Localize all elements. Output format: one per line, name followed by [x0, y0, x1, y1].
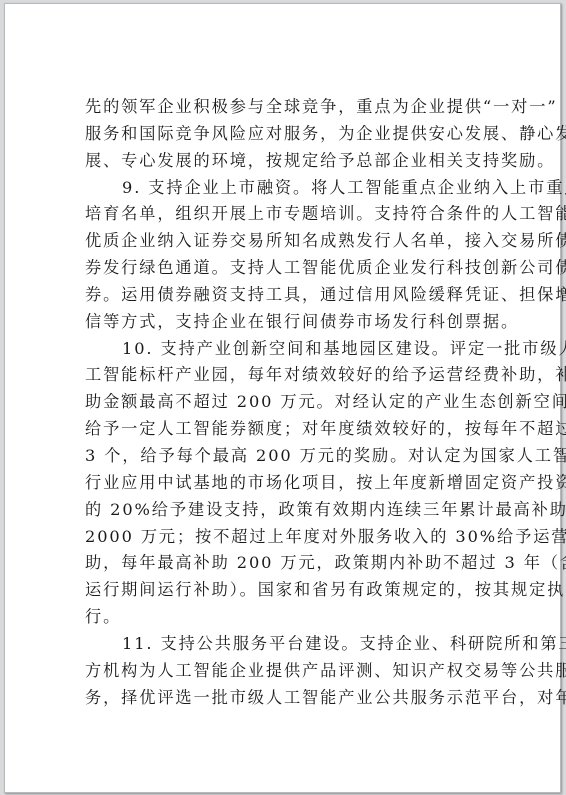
text-line: 给予一定人工智能券额度；对年度绩效较好的，按每年不超过	[85, 416, 487, 443]
text-line: 券。运用债券融资支持工具，通过信用风险缓释凭证、担保增	[85, 282, 487, 309]
text-line: 展、专心发展的环境，按规定给予总部企业相关支持奖励。	[85, 148, 487, 175]
text-line: 助，每年最高补助 200 万元，政策期内补助不超过 3 年（含试	[85, 550, 487, 577]
section-11-heading-line: 11. 支持公共服务平台建设。支持企业、科研院所和第三	[85, 631, 487, 658]
document-body: 先的领军企业积极参与全球竞争，重点为企业提供“一对一” 服务和国际竞争风险应对服…	[85, 94, 487, 711]
document-page: 先的领军企业积极参与全球竞争，重点为企业提供“一对一” 服务和国际竞争风险应对服…	[4, 3, 561, 793]
text-line: 方机构为人工智能企业提供产品评测、知识产权交易等公共服	[85, 658, 487, 685]
text-line: 的 20%给予建设支持，政策有效期内连续三年累计最高补助	[85, 497, 487, 524]
text-line: 2000 万元；按不超过上年度对外服务收入的 30%给予运营补	[85, 524, 487, 551]
text-line: 务，择优评选一批市级人工智能产业公共服务示范平台，对年	[85, 685, 487, 712]
text-line: 培育名单，组织开展上市专题培训。支持符合条件的人工智能	[85, 201, 487, 228]
text-line: 助金额最高不超过 200 万元。对经认定的产业生态创新空间，	[85, 389, 487, 416]
text-line: 服务和国际竞争风险应对服务，为企业提供安心发展、静心发	[85, 121, 487, 148]
text-line: 3 个，给予每个最高 200 万元的奖励。对认定为国家人工智能	[85, 443, 487, 470]
text-line: 信等方式，支持企业在银行间债券市场发行科创票据。	[85, 309, 487, 336]
text-line: 运行期间运行补助）。国家和省另有政策规定的，按其规定执	[85, 577, 487, 604]
text-line: 行业应用中试基地的市场化项目，按上年度新增固定资产投资	[85, 470, 487, 497]
text-line: 优质企业纳入证券交易所知名成熟发行人名单，接入交易所债	[85, 228, 487, 255]
section-9-heading-line: 9. 支持企业上市融资。将人工智能重点企业纳入上市重点	[85, 175, 487, 202]
section-10-heading-line: 10. 支持产业创新空间和基地园区建设。评定一批市级人	[85, 336, 487, 363]
text-line: 券发行绿色通道。支持人工智能优质企业发行科技创新公司债	[85, 255, 487, 282]
text-line: 行。	[85, 604, 487, 631]
text-line: 先的领军企业积极参与全球竞争，重点为企业提供“一对一”	[85, 94, 487, 121]
text-line: 工智能标杆产业园，每年对绩效较好的给予运营经费补助，补	[85, 362, 487, 389]
